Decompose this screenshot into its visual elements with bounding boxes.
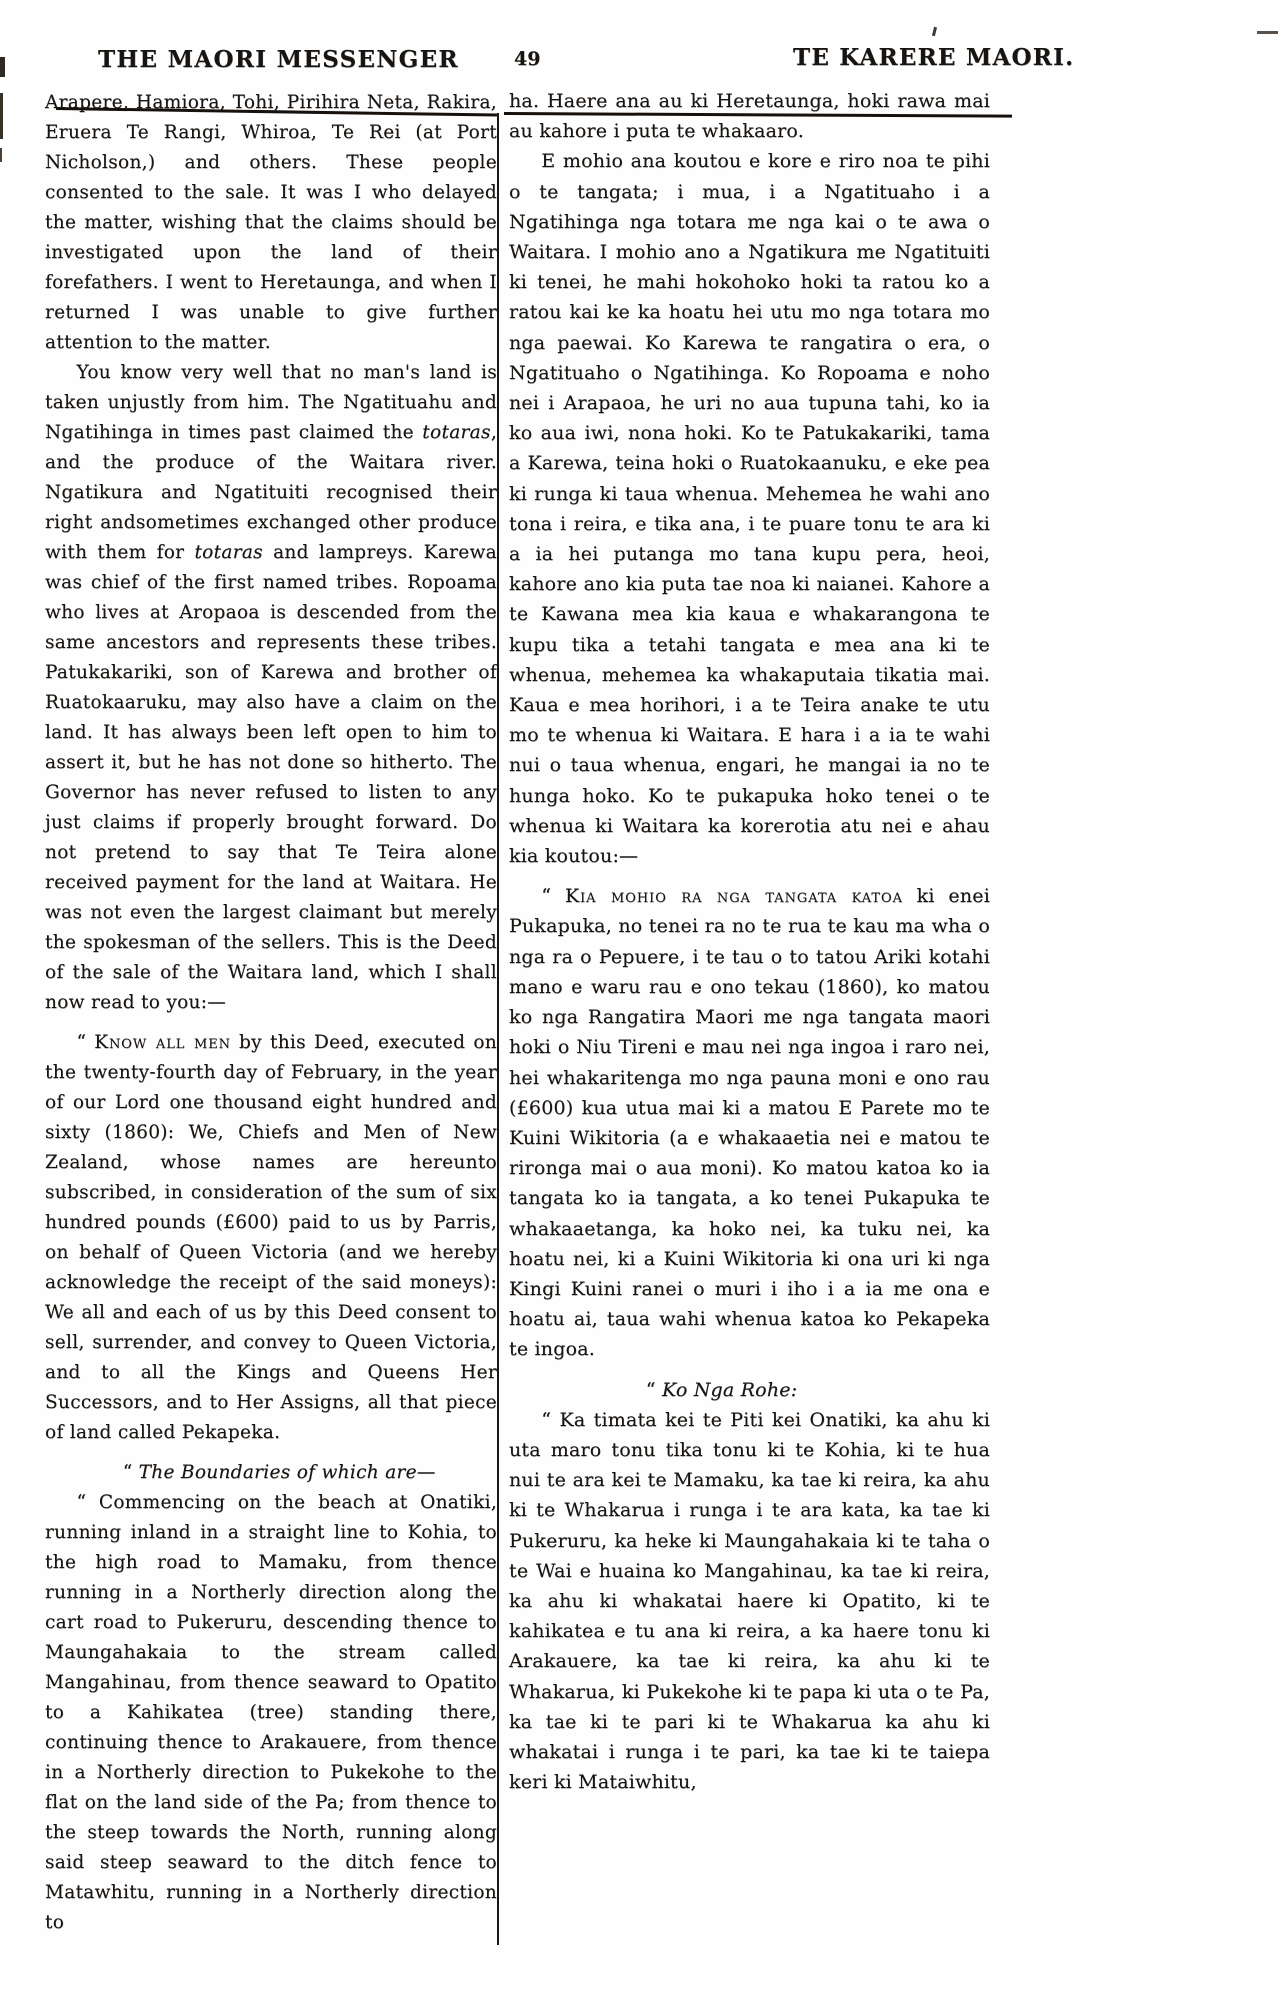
text-segment: by this Deed, executed on the twenty-fou… (45, 1032, 497, 1443)
text-segment: “ Commencing on the beach at Onatiki, ru… (45, 1492, 497, 1933)
scanned-newspaper-page: THE MAORI MESSENGER 49 TE KARERE MAORI. … (0, 0, 1280, 2004)
italic-segment: totaras (194, 542, 263, 563)
column-divider-rule (497, 113, 499, 1945)
text-segment: “ (541, 885, 565, 907)
paragraph: “ Commencing on the beach at Onatiki, ru… (45, 1488, 497, 1938)
italic-segment: Ko Nga Rohe: (662, 1379, 797, 1401)
paragraph: “ Ka timata kei te Piti kei Onatiki, ka … (509, 1405, 990, 1798)
text-segment: ha. Haere ana au ki Heretaunga, hoki raw… (509, 90, 990, 142)
text-segment: Arapere, Hamiora, Tohi, Pirihira Neta, R… (45, 92, 497, 353)
smallcaps-segment: Know all men (94, 1032, 231, 1053)
paragraph: “ Ko Nga Rohe: (509, 1375, 990, 1405)
text-segment: “ (646, 1379, 662, 1401)
text-segment: “ Ka timata kei te Piti kei Onatiki, ka … (509, 1409, 990, 1793)
paragraph: “ Kia mohio ra nga tangata katoa ki enei… (509, 881, 990, 1364)
scan-edge-artifact (0, 57, 5, 77)
paragraph: “ Know all men by this Deed, executed on… (45, 1028, 497, 1448)
text-segment: “ (76, 1032, 94, 1053)
page-number: 49 (514, 48, 540, 70)
italic-segment: The Boundaries of which are— (139, 1462, 436, 1483)
italic-segment: totaras (422, 422, 491, 443)
scan-edge-artifact (0, 148, 2, 162)
paragraph: “ The Boundaries of which are— (45, 1458, 497, 1488)
scan-edge-artifact (0, 93, 3, 139)
masthead-maori-title: TE KARERE MAORI. (793, 44, 1074, 71)
paragraph: ha. Haere ana au ki Heretaunga, hoki raw… (509, 86, 990, 146)
text-segment: ki enei Pukapuka, no tenei ra no te rua … (509, 885, 990, 1360)
paragraph: E mohio ana koutou e kore e riro noa te … (509, 146, 990, 871)
maori-text-column: ha. Haere ana au ki Heretaunga, hoki raw… (509, 86, 990, 1797)
masthead-english-title: THE MAORI MESSENGER (98, 46, 459, 73)
scan-ink-speck (932, 27, 937, 36)
paragraph: Arapere, Hamiora, Tohi, Pirihira Neta, R… (45, 88, 497, 358)
english-text-column: Arapere, Hamiora, Tohi, Pirihira Neta, R… (45, 88, 497, 1938)
text-segment: E mohio ana koutou e kore e riro noa te … (509, 150, 990, 867)
text-segment: and lampreys. Karewa was chief of the fi… (45, 542, 497, 1013)
scan-edge-artifact (1257, 31, 1278, 34)
text-segment: “ (123, 1462, 139, 1483)
paragraph: You know very well that no man's land is… (45, 358, 497, 1018)
smallcaps-segment: Kia mohio ra nga tangata katoa (565, 885, 903, 907)
